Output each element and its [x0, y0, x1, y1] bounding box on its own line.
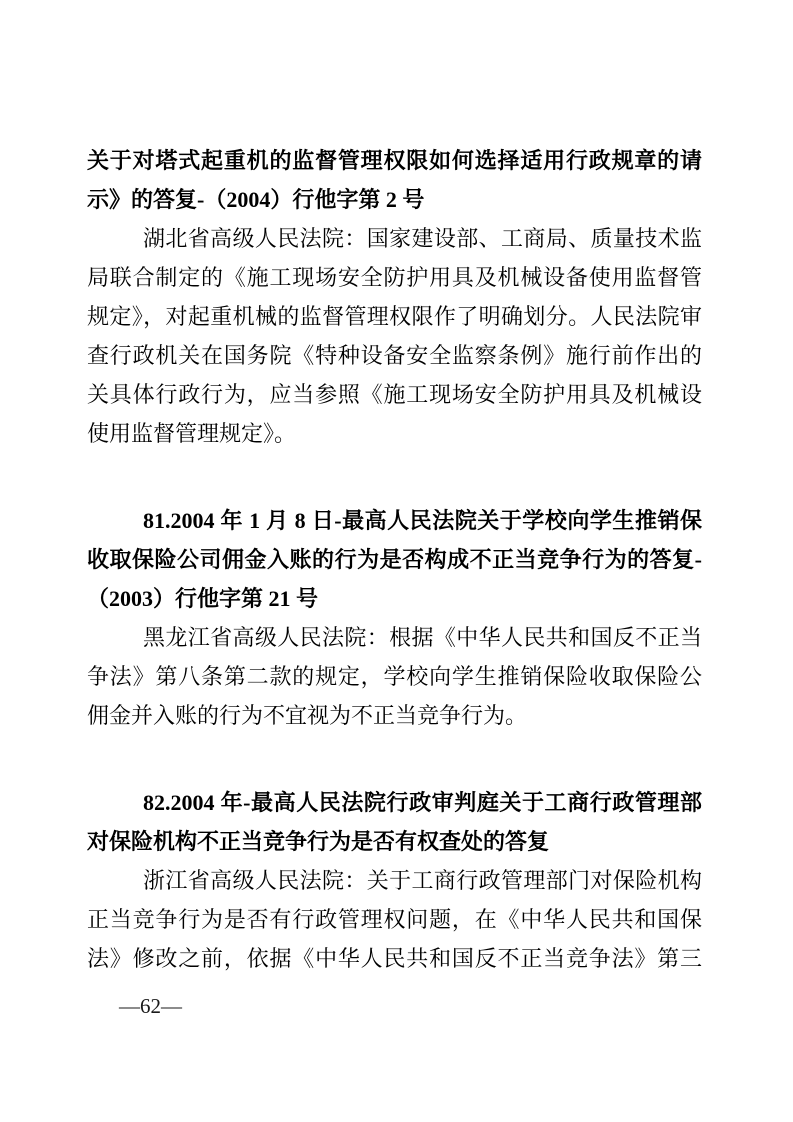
- body-line: 佣金并入账的行为不宜视为不正当竞争行为。: [87, 696, 702, 735]
- body-line: 正当竞争行为是否有行政管理权问题，在《中华人民共和国保险: [87, 900, 702, 939]
- document-content: 关于对塔式起重机的监督管理权限如何选择适用行政规章的请示》的答复-（2004）行…: [87, 141, 702, 1026]
- heading-line: 收取保险公司佣金入账的行为是否构成不正当竞争行为的答复-: [87, 540, 702, 579]
- heading-line: 对保险机构不正当竞争行为是否有权查处的答复: [87, 822, 702, 861]
- body-line: 规定》，对起重机械的监督管理权限作了明确划分。人民法院审: [87, 297, 702, 336]
- body-line: 浙江省高级人民法院：关于工商行政管理部门对保险机构不: [87, 861, 702, 900]
- heading-line: 关于对塔式起重机的监督管理权限如何选择适用行政规章的请: [87, 141, 702, 180]
- heading-line: （2003）行他字第 21 号: [87, 579, 702, 618]
- body-line: 法》修改之前，依据《中华人民共和国反不正当竞争法》第三条: [87, 939, 702, 978]
- body-line: 局联合制定的《施工现场安全防护用具及机械设备使用监督管理: [87, 258, 702, 297]
- page-number: —62—: [119, 993, 182, 1019]
- body-line: 关具体行政行为，应当参照《施工现场安全防护用具及机械设备: [87, 375, 702, 414]
- document-page: 关于对塔式起重机的监督管理权限如何选择适用行政规章的请示》的答复-（2004）行…: [0, 0, 793, 1122]
- document-section: 81.2004 年 1 月 8 日-最高人民法院关于学校向学生推销保险收取保险公…: [87, 501, 702, 735]
- heading-line: 81.2004 年 1 月 8 日-最高人民法院关于学校向学生推销保险: [87, 501, 702, 540]
- heading-line: 示》的答复-（2004）行他字第 2 号: [87, 180, 702, 219]
- body-line: 争法》第八条第二款的规定，学校向学生推销保险收取保险公司: [87, 657, 702, 696]
- body-line: 使用监督管理规定》。: [87, 414, 702, 453]
- body-line: 查行政机关在国务院《特种设备安全监察条例》施行前作出的相: [87, 336, 702, 375]
- body-line: 湖北省高级人民法院：国家建设部、工商局、质量技术监督: [87, 219, 702, 258]
- body-line: 黑龙江省高级人民法院：根据《中华人民共和国反不正当竞: [87, 618, 702, 657]
- heading-line: 82.2004 年-最高人民法院行政审判庭关于工商行政管理部门: [87, 783, 702, 822]
- document-section: 关于对塔式起重机的监督管理权限如何选择适用行政规章的请示》的答复-（2004）行…: [87, 141, 702, 453]
- document-section: 82.2004 年-最高人民法院行政审判庭关于工商行政管理部门对保险机构不正当竞…: [87, 783, 702, 978]
